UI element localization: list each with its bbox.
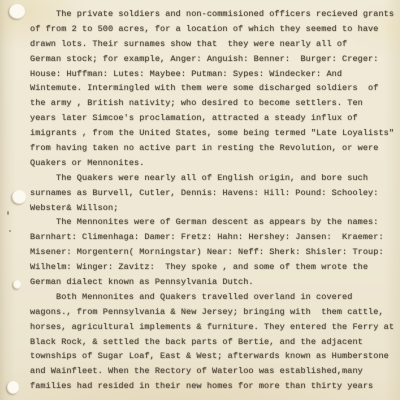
text-line: years later Simcoe's proclamation, attra… xyxy=(30,111,392,126)
text-line: wagons., from Pennsylvania & New Jersey;… xyxy=(30,305,392,320)
paper-speck xyxy=(7,211,9,215)
text-line: Both Mennonites and Quakers travelled ov… xyxy=(30,290,392,305)
text-line: from having taken no active part in rest… xyxy=(30,141,392,156)
hole-punch xyxy=(9,4,25,19)
text-line: surnames as Burvell, Cutler, Dennis: Hav… xyxy=(30,186,392,201)
text-line: Black Rock, & settled the back parts of … xyxy=(30,335,392,350)
text-line: Quakers or Mennonites. xyxy=(30,156,392,171)
text-line: The Quakers were nearly all of English o… xyxy=(30,171,392,186)
hole-punch xyxy=(7,381,19,394)
text-line: Barnhart: Climenhaga: Damer: Fretz: Hahn… xyxy=(30,230,392,245)
hole-punch xyxy=(12,190,26,204)
document-page: The private soldiers and non-commisioned… xyxy=(0,0,400,400)
text-line: Wintemute. Intermingled with them were s… xyxy=(30,81,392,96)
text-line: the army , British nativity; who desired… xyxy=(30,96,392,111)
paper-speck xyxy=(9,230,11,232)
text-line: German stock; for example, Anger: Anguis… xyxy=(30,52,392,67)
text-line: Misener: Morgentern( Morningstar) Near: … xyxy=(30,245,392,260)
text-line: Webster& Willson; xyxy=(30,201,392,216)
page-text: The private soldiers and non-commisioned… xyxy=(30,7,392,394)
text-line: The private soldiers and non-commisioned… xyxy=(30,7,392,22)
text-line: of from 2 to 500 acres, for a location o… xyxy=(30,22,392,37)
text-line: Wilhelm: Winger: Zavitz: They spoke , an… xyxy=(30,260,392,275)
text-line: and Wainfleet. When the Rectory of Water… xyxy=(30,364,392,379)
text-line: families had resided in their new homes … xyxy=(30,379,392,394)
text-line: German dialect known as Pennsylvania Dut… xyxy=(30,275,392,290)
text-line: House: Huffman: Lutes: Maybee: Putman: S… xyxy=(30,67,392,82)
text-line: townships of Sugar Loaf, East & West; af… xyxy=(30,349,392,364)
text-line: The Mennonites were of German descent as… xyxy=(30,215,392,230)
text-line: imigrants , from the United States, some… xyxy=(30,126,392,141)
hole-punch xyxy=(13,280,21,289)
text-line: horses, agricultural implements & furnit… xyxy=(30,320,392,335)
text-line: drawn lots. Their surnames show that the… xyxy=(30,37,392,52)
